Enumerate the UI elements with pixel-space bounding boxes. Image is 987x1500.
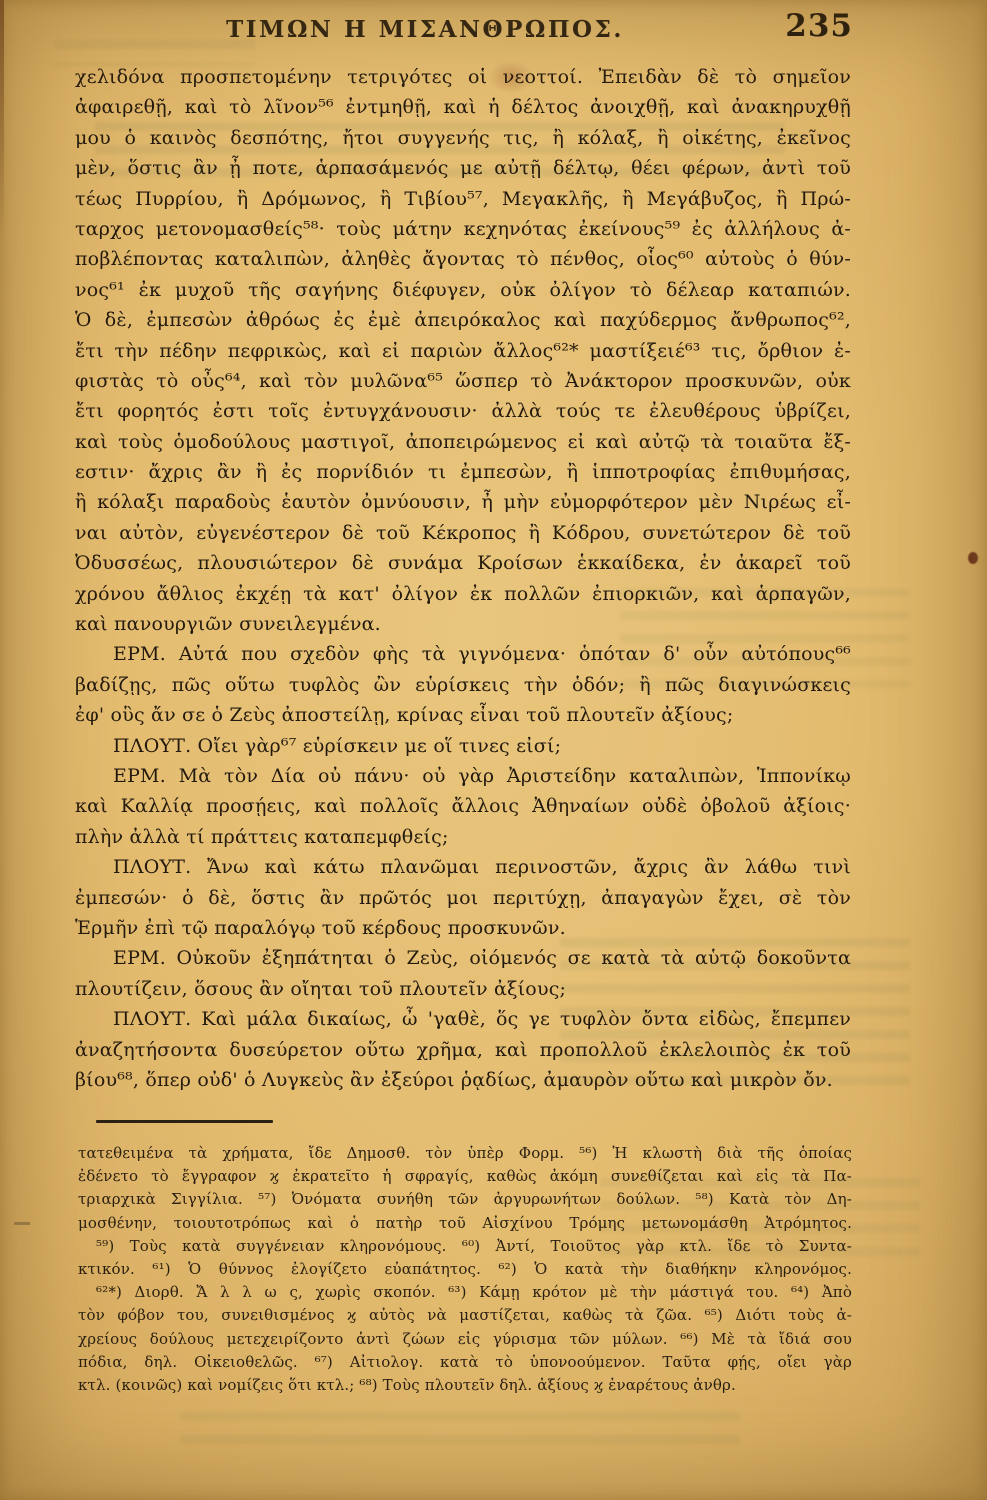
body-text-line: εστιν· ἄχρις ἂν ἢ ἐς πορνίδιόν τι ἐμπεσὼ… — [75, 457, 851, 487]
body-text-line: ΕΡΜ. Οὐκοῦν ἐξηπάτηται ὁ Ζεὺς, οἰόμενός … — [75, 943, 851, 973]
body-text-line: μου ὁ καινὸς δεσπότης, ἤτοι συγγενής τις… — [75, 123, 851, 153]
body-text-line: ποβλέποντας καταλιπὼν, ἀληθὲς ἄγοντας τὸ… — [75, 244, 851, 274]
body-text-line: χρόνου ἄθλιος ἐκχέῃ τὰ κατ' ὀλίγον ἐκ πο… — [75, 579, 851, 609]
body-text-line: καὶ τοὺς ὁμοδούλους μαστιγοῖ, ἀποπειρώμε… — [75, 427, 851, 457]
body-text-line: Ὁ δὲ, ἐμπεσὼν ἀθρόως ἐς ἐμὲ ἀπειρόκαλος … — [75, 305, 851, 335]
footnotes: τατεθειμένα τὰ χρήματα, ἴδε Δημοσθ. τὸν … — [78, 1142, 852, 1397]
footnote-line: πόδια, δηλ. Οἰκειοθελῶς. ⁶⁷) Αἰτιολογ. κ… — [78, 1351, 852, 1374]
edge-mark — [14, 1222, 30, 1225]
body-text-line: βίου⁶⁸, ὅπερ οὐδ' ὁ Λυγκεὺς ἂν ἐξεύροι ῥ… — [75, 1065, 851, 1095]
body-text-line: ἐμπεσών· ὁ δὲ, ὅστις ἂν πρῶτός μοι περιτ… — [75, 883, 851, 913]
footnote-line: ἐδένετο τὸ ἔγγραφον ϗ ἐκρατεῖτο ἡ σφραγί… — [78, 1165, 852, 1188]
body-text-line: πλὴν ἀλλὰ τί πράττεις καταπεμφθείς; — [75, 822, 851, 852]
body-text-line: ἀναζητήσοντα δυσεύρετον οὕτω χρῆμα, καὶ … — [75, 1035, 851, 1065]
body-text-line: ΠΛΟΥΤ. Οἴει γὰρ⁶⁷ εὑρίσκειν με οἵ τινες … — [75, 731, 851, 761]
body-text-line: μὲν, ὅστις ἂν ᾖ ποτε, ἁρπασάμενός με αὐτ… — [75, 153, 851, 183]
page-title: ΤΙΜΩΝ Η ΜΙΣΑΝΘΡΩΠΟΣ. — [75, 16, 775, 43]
footnote-line: ⁶²*) Διορθ. Ἄ λ λ ω ς, χωρὶς σκοπόν. ⁶³)… — [78, 1281, 852, 1304]
footnote-line: κτικόν. ⁶¹) Ὁ θύννος ἐλογίζετο εὐαπάτητο… — [78, 1258, 852, 1281]
body-text-line: ἐφ' οὓς ἄν σε ὁ Ζεὺς ἀποστείλῃ, κρίνας ε… — [75, 700, 851, 730]
body-text-line: ΕΡΜ. Αὐτά που σχεδὸν φὴς τὰ γιγνόμενα· ὁ… — [75, 639, 851, 669]
footnote-line: χρείους δούλους μετεχειρίζοντο ἀντὶ ζώων… — [78, 1328, 852, 1351]
body-text-line: τέως Πυρρίου, ἢ Δρόμωνος, ἢ Τιβίου⁵⁷, Με… — [75, 184, 851, 214]
body-text-line: ναι αὐτὸν, εὐγενέστερον δὲ τοῦ Κέκροπος … — [75, 518, 851, 548]
body-text-line: πλουτίζειν, ὅσους ἂν οἴηται τοῦ πλουτεῖν… — [75, 974, 851, 1004]
page: ΤΙΜΩΝ Η ΜΙΣΑΝΘΡΩΠΟΣ. 235 χελιδόνα προσπε… — [0, 0, 987, 1500]
body-text-line: ἀφαιρεθῇ, καὶ τὸ λῖνον⁵⁶ ἐντμηθῇ, καὶ ἡ … — [75, 92, 851, 122]
body-text-line: βαδίζῃς, πῶς οὕτω τυφλὸς ὢν εὑρίσκεις τὴ… — [75, 670, 851, 700]
body-text-line: ΠΛΟΥΤ. Ἄνω καὶ κάτω πλανῶμαι περινοστῶν,… — [75, 852, 851, 882]
edge-shadow — [0, 0, 4, 240]
body-text-line: ἢ κόλαξι παραδοὺς ἑαυτὸν ὀμνύουσιν, ἦ μὴ… — [75, 487, 851, 517]
body-text-line: Ἑρμῆν ἐπὶ τῷ παραλόγῳ τοῦ κέρδους προσκυ… — [75, 913, 851, 943]
footnote-line: τὸν φόβον του, συνειθισμένος ϗ αὐτὸς νὰ … — [78, 1304, 852, 1327]
footnote-separator — [96, 1120, 273, 1123]
body-text-line: ΕΡΜ. Μὰ τὸν Δία οὐ πάνυ· οὐ γὰρ Ἀριστείδ… — [75, 761, 851, 791]
footnote-line: τατεθειμένα τὰ χρήματα, ἴδε Δημοσθ. τὸν … — [78, 1142, 852, 1165]
show-through-mark — [180, 1412, 740, 1452]
page-number: 235 — [785, 8, 853, 44]
body-text-line: φιστὰς τὸ οὖς⁶⁴, καὶ τὸν μυλῶνα⁶⁵ ὥσπερ … — [75, 366, 851, 396]
body-text-line: ΠΛΟΥΤ. Καὶ μάλα δικαίως, ὦ 'γαθὲ, ὅς γε … — [75, 1004, 851, 1034]
body-text: χελιδόνα προσπετομένην τετριγότες οἱ νεο… — [75, 62, 851, 1095]
footnote-line: τριαρχικὰ Σιγγίλια. ⁵⁷) Ὀνόματα συνήθη τ… — [78, 1188, 852, 1211]
body-text-line: ἔτι φορητός ἐστι τοῖς ἐντυγχάνουσιν· ἀλλ… — [75, 396, 851, 426]
footnote-line: ⁵⁹) Τοὺς κατὰ συγγένειαν κληρονόμους. ⁶⁰… — [78, 1235, 852, 1258]
footnote-line: μοσθένην, τοιουτοτρόπως καὶ ὁ πατὴρ τοῦ … — [78, 1212, 852, 1235]
body-text-line: ταρχος μετονομασθείς⁵⁸· τοὺς μάτην κεχην… — [75, 214, 851, 244]
body-text-line: χελιδόνα προσπετομένην τετριγότες οἱ νεο… — [75, 62, 851, 92]
body-text-line: καὶ Καλλίᾳ προσῄεις, καὶ πολλοῖς ἄλλοις … — [75, 791, 851, 821]
body-text-line: καὶ πανουργιῶν συνειλεγμένα. — [75, 609, 851, 639]
body-text-line: Ὀδυσσέως, πλουσιώτερον δὲ συνάμα Κροίσων… — [75, 548, 851, 578]
stain-dot — [968, 552, 978, 564]
body-text-line: νος⁶¹ ἐκ μυχοῦ τῆς σαγήνης διέφυγεν, οὐκ… — [75, 275, 851, 305]
body-text-line: ἔτι τὴν πέδην πεφρικὼς, καὶ εἰ παριὼν ἄλ… — [75, 336, 851, 366]
footnote-line: κτλ. (κοινῶς) καὶ νομίζεις ὅτι κτλ.; ⁶⁸)… — [78, 1374, 852, 1397]
